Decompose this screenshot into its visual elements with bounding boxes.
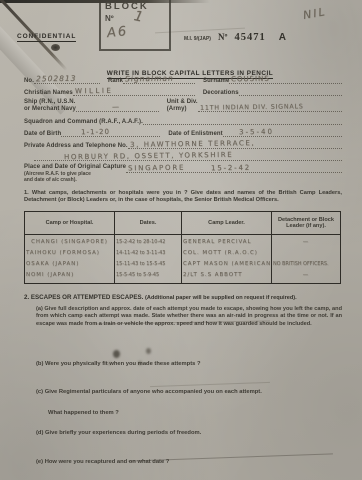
row-dob-enlistment: Date of Birth 1-1-20 Date of Enlistment … [24, 128, 342, 137]
rank-label: Rank [108, 78, 123, 84]
col-header-dates: Dates. [115, 211, 182, 234]
dates-entry: 15-5-45 to 5-9-45 [116, 270, 180, 281]
dob-label: Date of Birth [24, 131, 61, 137]
leader-entry: GENERAL PERCIVAL [183, 237, 270, 248]
surname-label: Surname [203, 78, 229, 84]
camp-entry: NOMI (JAPAN) [26, 270, 113, 281]
no-label: No. [24, 78, 34, 84]
form-reference-group: M.I. 9/(JAP) Nº 45471 A [184, 32, 286, 43]
ship-label: Ship (R.N., U.S.N. or Merchant Navy [24, 99, 76, 112]
section-2-heading: 2. ESCAPES OR ATTEMPTED ESCAPES. (Additi… [24, 294, 342, 301]
christian-names-field: WILLIE [73, 87, 195, 96]
rank-field: Signalman [123, 75, 195, 84]
camp-entry: CHANGI (SINGAPORE) [26, 237, 113, 248]
stamp-handwritten-code: A6 [106, 24, 129, 41]
question-2c-followup: What happened to them ? [24, 410, 342, 416]
pow-questionnaire-page: BLOCK Nº 1 A6 CONFIDENTIAL M.I. 9/(JAP) … [0, 0, 362, 480]
detachment-entry: NO BRITISH OFFICERS. [273, 259, 339, 270]
unit-div-field: 11TH INDIAN DIV. SIGNALS [198, 103, 342, 112]
form-body: No. 2502813 Rank Signalman Surname COUSI… [24, 75, 342, 465]
handwritten-nil-note: NIL [302, 5, 328, 22]
capture-label-block: Place and Date of Original Capture (Airc… [24, 164, 126, 183]
camp-column-entries: CHANGI (SINGAPORE) TAIHOKU (FORMOSA) OSA… [25, 234, 115, 283]
detachment-entry: — [273, 270, 339, 281]
detachment-column-entries: — NO BRITISH OFFICERS. — [272, 234, 341, 283]
address-field-line1: 3, HAWTHORNE TERRACE, [128, 140, 342, 149]
serial-no-symbol: Nº [218, 32, 227, 42]
address-label: Private Address and Telephone No. [24, 143, 128, 149]
question-2d: (d) Give briefly your experiences during… [24, 430, 342, 436]
decorations-label: Decorations [203, 90, 239, 96]
dates-column-entries: 15-2-42 to 28-10-42 14-11-42 to 3-11-43 … [115, 234, 182, 283]
question-2c: (c) Give Regimental particulars of anyon… [24, 389, 342, 395]
block-number-stamp: BLOCK Nº 1 A6 [99, 0, 171, 51]
dates-entry: 14-11-42 to 3-11-43 [116, 248, 180, 259]
classification-marking: CONFIDENTIAL [17, 33, 76, 42]
camps-table-header-row: Camp or Hospital. Dates. Camp Leader. De… [25, 211, 341, 234]
enlistment-label: Date of Enlistment [168, 131, 222, 137]
ship-field: — [76, 103, 159, 112]
question-2e: (e) How were you recaptured and on what … [24, 459, 342, 465]
squadron-field [143, 116, 342, 125]
col-header-detachment: Detachment or Block Leader (if any). [272, 211, 341, 234]
service-number-field: 2502813 [34, 75, 100, 84]
camps-table: Camp or Hospital. Dates. Camp Leader. De… [24, 211, 341, 284]
decorations-field [239, 87, 342, 96]
detachment-entry: — [273, 237, 339, 248]
surname-field: COUSINS [229, 75, 342, 84]
christian-names-label: Christian Names [24, 90, 73, 96]
escapes-heading: 2. ESCAPES OR ATTEMPTED ESCAPES. [24, 294, 143, 301]
leader-entry: COL. MOTT (R.A.O.C) [183, 248, 270, 259]
escapes-heading-note: (Additional paper will be supplied on re… [145, 295, 297, 301]
question-2b: (b) Were you physically fit when you mad… [24, 361, 342, 367]
row-address: Private Address and Telephone No. 3, HAW… [24, 140, 342, 149]
row-address-2: HORBURY RD, OSSETT, YORKSHIRE [24, 152, 342, 161]
question-2a: (a) Give full description and approx. da… [24, 306, 342, 329]
row-no-rank-surname: No. 2502813 Rank Signalman Surname COUSI… [24, 75, 342, 84]
dates-entry: 15-11-43 to 15-5-45 [116, 259, 180, 270]
col-header-camp: Camp or Hospital. [25, 211, 115, 234]
serial-suffix: A [279, 32, 286, 43]
stamp-handwritten-number: 1 [132, 8, 145, 26]
camp-entry: TAIHOKU (FORMOSA) [26, 248, 113, 259]
camps-table-body: CHANGI (SINGAPORE) TAIHOKU (FORMOSA) OSA… [25, 234, 341, 283]
mi9-reference: M.I. 9/(JAP) [184, 36, 211, 42]
unit-div-label: Unit & Div. (Army) [167, 99, 198, 112]
leader-entry: CAPT MASON (AMERICAN) [183, 259, 270, 270]
capture-sublabel-2: and date of a/c crash). [24, 177, 126, 183]
enlistment-field: 3-5-40 [223, 128, 342, 137]
col-header-leader: Camp Leader. [182, 211, 272, 234]
dates-entry: 15-2-42 to 28-10-42 [116, 237, 180, 248]
leader-entry: 2/LT S.S ABBOTT [183, 270, 270, 281]
dob-field: 1-1-20 [61, 128, 160, 137]
question-1-text: 1. What camps, detachments or hospitals … [24, 190, 342, 204]
row-ship-unit: Ship (R.N., U.S.N. or Merchant Navy — Un… [24, 99, 342, 112]
row-capture: Place and Date of Original Capture (Airc… [24, 164, 342, 183]
camp-entry: OSAKA (JAPAN) [26, 259, 113, 270]
leader-column-entries: GENERAL PERCIVAL COL. MOTT (R.A.O.C) CAP… [182, 234, 272, 283]
squadron-label: Squadron and Command (R.A.F., A.A.F.). [24, 119, 143, 125]
row-christian-decorations: Christian Names WILLIE Decorations [24, 87, 342, 96]
serial-number: 45471 [234, 32, 265, 43]
ink-blot [51, 44, 60, 51]
row-squadron: Squadron and Command (R.A.F., A.A.F.). [24, 116, 342, 125]
capture-field: SINGAPORE 15-2-42 [126, 164, 342, 173]
address-field-line2: HORBURY RD, OSSETT, YORKSHIRE [34, 152, 342, 161]
detachment-entry [273, 248, 339, 259]
